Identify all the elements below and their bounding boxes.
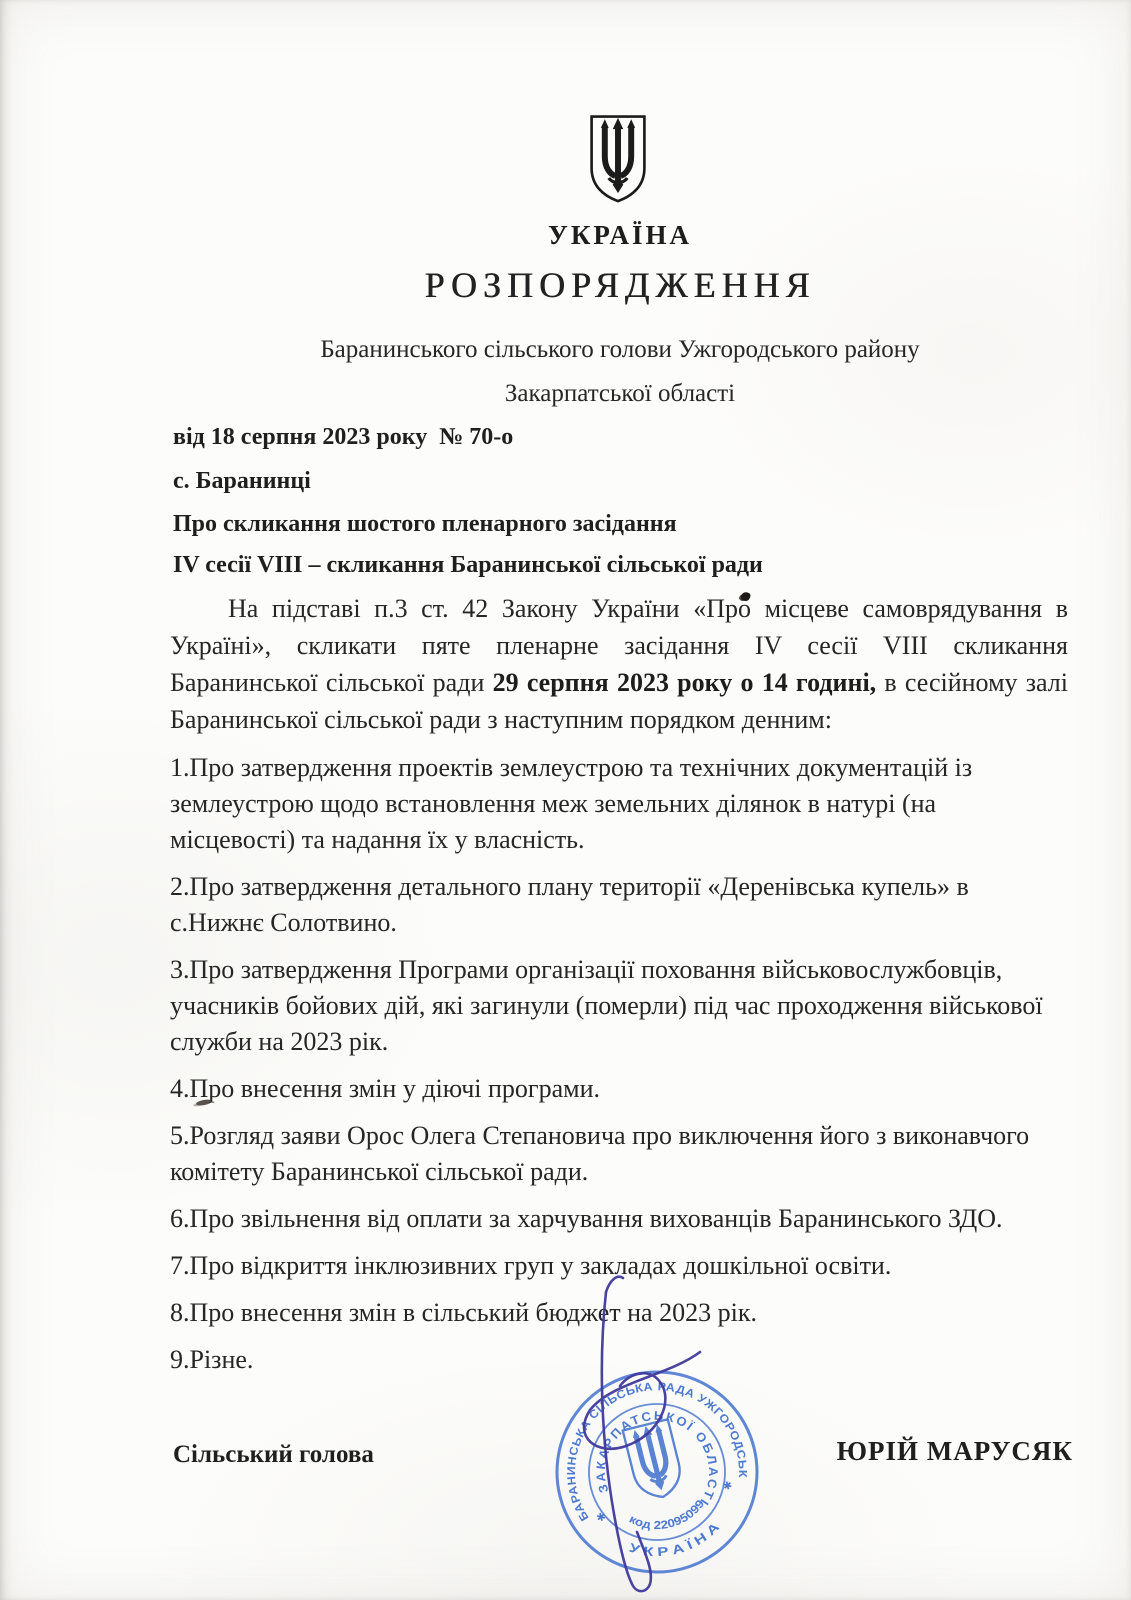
signer-name: ЮРІЙ МАРУСЯК [837,1436,1073,1467]
trident-shield-icon [585,112,651,207]
handwritten-signature [520,1266,780,1600]
coat-of-arms-ukraine [585,112,651,212]
agenda-item-6: 6.Про звільнення від оплати за харчуванн… [170,1201,1054,1237]
agenda-item-5: 5.Розгляд заяви Орос Олега Степановича п… [170,1118,1054,1190]
signature-stroke-top [606,1277,623,1292]
issuer-line-1: Баранинського сільського голови Ужгородс… [170,336,1070,364]
agenda-item-1: 1.Про затвердження проектів землеустрою … [170,750,1054,858]
signature-svg [520,1266,780,1600]
scanned-document-page: УКРАЇНА РОЗПОРЯДЖЕННЯ Баранинського сіль… [0,0,1131,1600]
signature-stroke-main [602,1292,651,1591]
document-title: РОЗПОРЯДЖЕННЯ [170,264,1070,306]
signer-position: Сільський голова [173,1441,374,1469]
subject-line-1: Про скликання шостого пленарного засідан… [173,511,677,538]
agenda-item-4: 4.Про внесення змін у діючі програми. [170,1071,1054,1107]
agenda-item-2: 2.Про затвердження детального плану тери… [170,869,1054,941]
subject-line-2: IV сесії VIII – скликання Баранинської с… [173,552,763,579]
date-number-line: від 18 серпня 2023 року № 70-о [173,424,513,451]
country-name: УКРАЇНА [170,220,1070,251]
place-line: с. Баранинці [173,468,311,495]
intro-bold-date: 29 серпня 2023 року о 14 годині, [493,668,877,697]
issuer-line-2: Закарпатської області [170,380,1070,408]
agenda-item-3: 3.Про затвердження Програми організації … [170,952,1054,1060]
intro-paragraph: На підставі п.3 ст. 42 Закону України «П… [170,590,1068,738]
